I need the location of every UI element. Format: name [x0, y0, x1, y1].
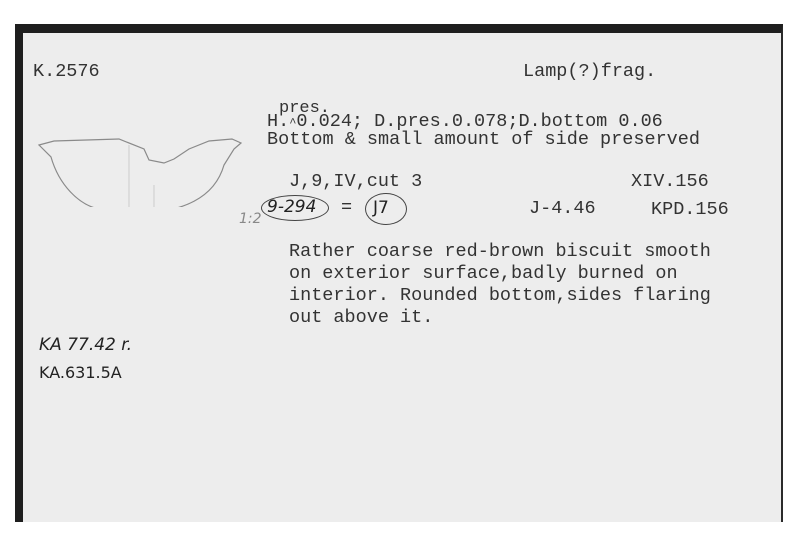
- inventory-number: 9-294: [267, 197, 316, 217]
- catalog-card: K.2576 Lamp(?)frag. pres. H.^0.024; D.pr…: [15, 24, 783, 522]
- date: J-4.46: [529, 198, 596, 219]
- object-title: Lamp(?)frag.: [523, 61, 656, 82]
- grid-square: J7: [373, 198, 389, 218]
- handwritten-note: KA 77.42 r.: [39, 335, 132, 355]
- description-line: out above it.: [289, 307, 433, 328]
- context-line: J,9,IV,cut 3: [289, 171, 422, 192]
- profile-drawing-icon: [29, 125, 254, 207]
- notebook-ref: XIV.156: [631, 171, 709, 192]
- description-line: interior. Rounded bottom,sides flaring: [289, 285, 711, 306]
- preservation-line: Bottom & small amount of side preserved: [267, 129, 700, 150]
- kpd-ref: KPD.156: [651, 199, 729, 220]
- handwritten-note: KA.631.5A: [39, 363, 122, 382]
- catalog-number: K.2576: [33, 61, 100, 82]
- description-line: Rather coarse red-brown biscuit smooth: [289, 241, 711, 262]
- scale-note: 1:2: [239, 211, 262, 227]
- equals-sign: =: [341, 197, 352, 218]
- description-line: on exterior surface,badly burned on: [289, 263, 678, 284]
